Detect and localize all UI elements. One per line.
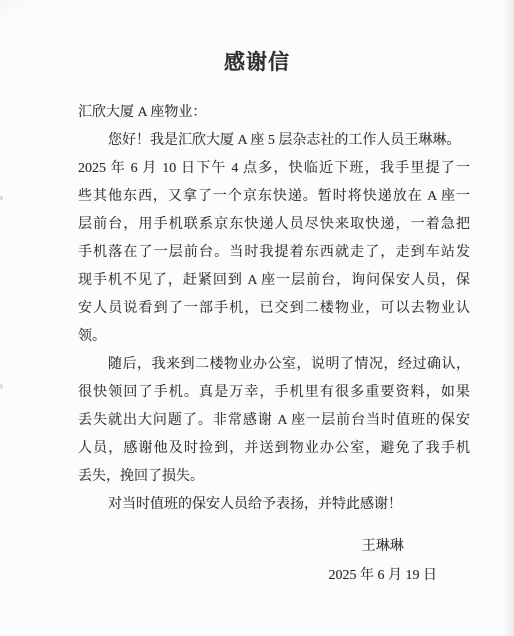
letter-closing-line: 对当时值班的保安人员给予表扬，并特此感谢！ xyxy=(78,491,470,519)
letter-salutation: 汇欣大厦 A 座物业： xyxy=(78,99,470,127)
letter-line: 领。 xyxy=(78,323,470,351)
letter-line: 很快领回了手机。真是万幸，手机里有很多重要资料，如果 xyxy=(78,379,470,407)
letter-line: 丢失，挽回了损失。 xyxy=(78,463,470,491)
letter-line: 丢失就出大问题了。非常感谢 A 座一层前台当时值班的保安 xyxy=(78,407,470,435)
letter-line: 2025 年 6 月 10 日下午 4 点多，快临近下班，我手里提了一 xyxy=(78,155,470,183)
scan-speck xyxy=(0,384,3,389)
scan-speck xyxy=(0,196,3,200)
letter-line: 手机落在了一层前台。当时我提着东西就走了，走到车站发 xyxy=(78,239,470,267)
letter-title: 感谢信 xyxy=(0,46,514,76)
letter-line: 安人员说看到了一部手机，已交到二楼物业，可以去物业认 xyxy=(78,295,470,323)
letter-page: 感谢信 汇欣大厦 A 座物业： 您好！我是汇欣大厦 A 座 5 层杂志社的工作人… xyxy=(0,0,514,636)
letter-line: 随后，我来到二楼物业办公室，说明了情况，经过确认， xyxy=(78,351,470,379)
signature-block: 王琳琳 2025 年 6 月 19 日 xyxy=(329,533,438,591)
letter-line: 人员，感谢他及时捡到，并送到物业办公室，避免了我手机 xyxy=(78,435,470,463)
letter-line: 些其他东西，又拿了一个京东快递。暂时将快递放在 A 座一 xyxy=(78,183,470,211)
letter-line: 您好！我是汇欣大厦 A 座 5 层杂志社的工作人员王琳琳。 xyxy=(78,127,470,155)
letter-body: 汇欣大厦 A 座物业： 您好！我是汇欣大厦 A 座 5 层杂志社的工作人员王琳琳… xyxy=(78,99,470,519)
letter-line: 现手机不见了，赶紧回到 A 座一层前台，询问保安人员，保 xyxy=(78,267,470,295)
signature-date: 2025 年 6 月 19 日 xyxy=(329,561,438,591)
letter-line: 层前台，用手机联系京东快递人员尽快来取快递，一着急把 xyxy=(78,211,470,239)
signature-name: 王琳琳 xyxy=(329,533,438,561)
